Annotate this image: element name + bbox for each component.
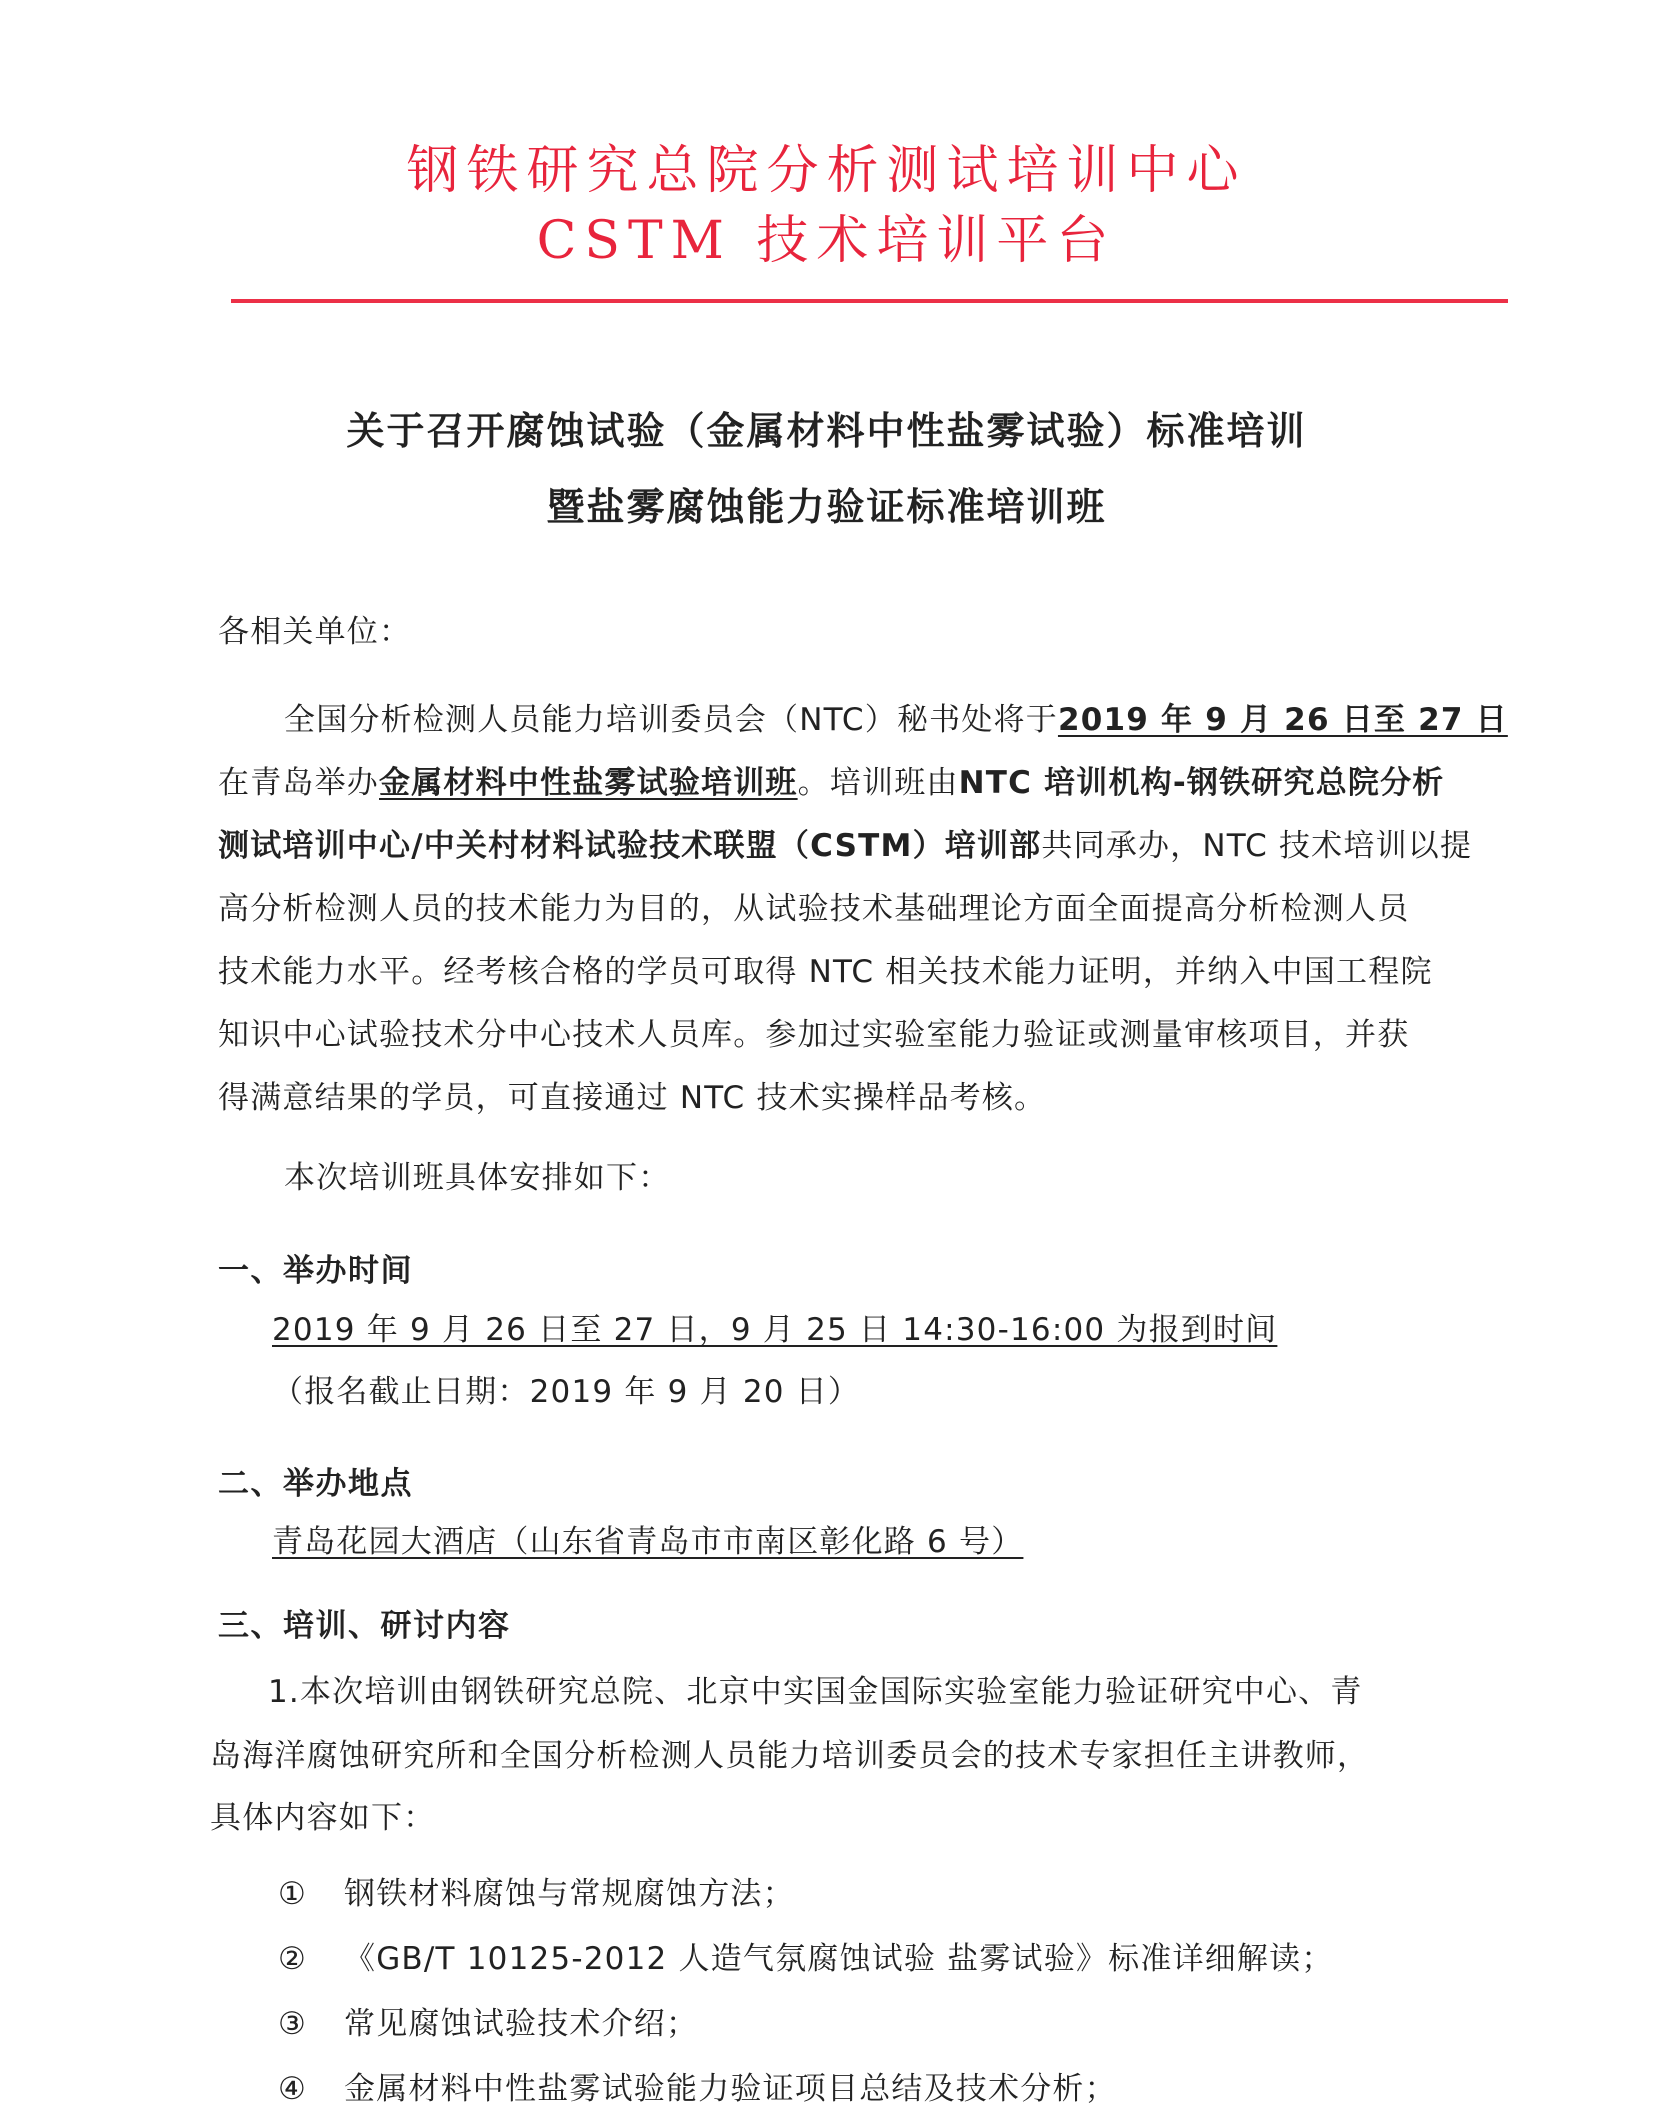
circled-number: ① bbox=[278, 1876, 344, 1912]
intro-line-1: 全国分析检测人员能力培训委员会（NTC）秘书处将于2019 年 9 月 26 日… bbox=[284, 700, 1508, 740]
arrangement-intro: 本次培训班具体安排如下： bbox=[284, 1158, 670, 1198]
section-heading-time: 一、举办时间 bbox=[218, 1245, 413, 1290]
document-title-line-2: 暨盐雾腐蚀能力验证标准培训班 bbox=[0, 476, 1653, 531]
circled-number: ③ bbox=[278, 2006, 344, 2042]
intro-text: 。培训班由 bbox=[798, 765, 959, 801]
list-item-text: 钢铁材料腐蚀与常规腐蚀方法； bbox=[344, 1876, 795, 1912]
list-item: ①钢铁材料腐蚀与常规腐蚀方法； bbox=[278, 1868, 795, 1913]
content-line-3: 具体内容如下： bbox=[210, 1798, 435, 1838]
event-address: 青岛花园大酒店（山东省青岛市市南区彰化路 6 号） bbox=[272, 1522, 1023, 1562]
content-line-1: 1.本次培训由钢铁研究总院、北京中实国金国际实验室能力验证研究中心、青 bbox=[268, 1672, 1363, 1712]
section-heading-location: 二、举办地点 bbox=[218, 1458, 413, 1503]
letterhead-line-1: 钢铁研究总院分析测试培训中心 bbox=[0, 128, 1653, 203]
intro-line-4: 高分析检测人员的技术能力为目的，从试验技术基础理论方面全面提高分析检测人员 bbox=[218, 889, 1409, 929]
section-heading-content: 三、培训、研讨内容 bbox=[218, 1600, 511, 1645]
intro-line-7: 得满意结果的学员，可直接通过 NTC 技术实操样品考核。 bbox=[218, 1078, 1046, 1118]
course-name: 金属材料中性盐雾试验培训班 bbox=[379, 765, 798, 801]
list-item: ②《GB/T 10125-2012 人造气氛腐蚀试验 盐雾试验》标准详细解读； bbox=[278, 1933, 1334, 1978]
registration-deadline: （报名截止日期：2019 年 9 月 20 日） bbox=[272, 1372, 860, 1412]
intro-line-2: 在青岛举办金属材料中性盐雾试验培训班。培训班由NTC 培训机构-钢铁研究总院分析 bbox=[218, 763, 1445, 803]
intro-text: 全国分析检测人员能力培训委员会（NTC）秘书处将于 bbox=[284, 702, 1058, 738]
organizer-name: NTC 培训机构-钢铁研究总院分析 bbox=[959, 765, 1445, 801]
intro-line-3: 测试培训中心/中关村材料试验技术联盟（CSTM）培训部共同承办，NTC 技术培训… bbox=[218, 826, 1472, 866]
list-item: ④金属材料中性盐雾试验能力验证项目总结及技术分析； bbox=[278, 2063, 1117, 2108]
content-line-2: 岛海洋腐蚀研究所和全国分析检测人员能力培训委员会的技术专家担任主讲教师， bbox=[210, 1736, 1369, 1776]
circled-number: ④ bbox=[278, 2071, 344, 2107]
document-title-line-1: 关于召开腐蚀试验（金属材料中性盐雾试验）标准培训 bbox=[0, 400, 1653, 455]
list-item-text: 《GB/T 10125-2012 人造气氛腐蚀试验 盐雾试验》标准详细解读； bbox=[344, 1941, 1334, 1977]
organizer-name: 测试培训中心/中关村材料试验技术联盟（CSTM）培训部 bbox=[218, 828, 1041, 864]
intro-text: 共同承办，NTC 技术培训以提 bbox=[1041, 828, 1472, 864]
list-item-text: 常见腐蚀试验技术介绍； bbox=[344, 2006, 698, 2042]
list-item: ③常见腐蚀试验技术介绍； bbox=[278, 1998, 698, 2043]
letterhead-line-2: CSTM 技术培训平台 bbox=[0, 198, 1653, 273]
circled-number: ② bbox=[278, 1941, 344, 1977]
salutation: 各相关单位： bbox=[218, 612, 411, 652]
intro-line-5: 技术能力水平。经考核合格的学员可取得 NTC 相关技术能力证明，并纳入中国工程院 bbox=[218, 952, 1433, 992]
event-schedule: 2019 年 9 月 26 日至 27 日，9 月 25 日 14:30-16:… bbox=[272, 1310, 1277, 1350]
event-dates: 2019 年 9 月 26 日至 27 日 bbox=[1058, 702, 1508, 738]
letterhead-divider bbox=[231, 299, 1508, 303]
intro-line-6: 知识中心试验技术分中心技术人员库。参加过实验室能力验证或测量审核项目，并获 bbox=[218, 1015, 1409, 1055]
list-item-text: 金属材料中性盐雾试验能力验证项目总结及技术分析； bbox=[344, 2071, 1117, 2107]
intro-text: 在青岛举办 bbox=[218, 765, 379, 801]
